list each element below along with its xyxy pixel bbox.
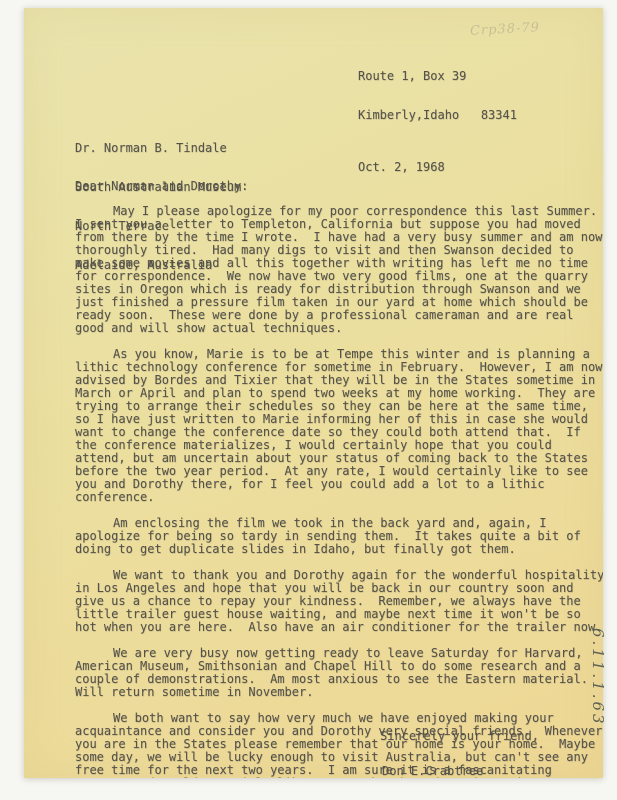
pencil-annotation: Crp38-79: [470, 20, 541, 39]
letter-body: May I please apologize for my poor corre…: [75, 205, 603, 778]
signature: Don E.Crabtree: [382, 765, 483, 778]
paragraph: Am enclosing the film we took in the bac…: [75, 517, 603, 556]
letter-paper: Crp38-79 Route 1, Box 39 Kimberly,Idaho …: [24, 8, 603, 778]
handwritten-margin-note: 6.11.1.63: [589, 628, 607, 727]
paragraph: May I please apologize for my poor corre…: [75, 205, 603, 335]
letter-date: Oct. 2, 1968: [358, 161, 517, 174]
closing: Sincerely your friend,: [380, 730, 539, 743]
return-address-line: Kimberly,Idaho 83341: [358, 109, 517, 122]
return-address-block: Route 1, Box 39 Kimberly,Idaho 83341 Oct…: [358, 44, 517, 200]
paragraph: We both want to say how very much we hav…: [75, 712, 603, 778]
recipient-line: Dr. Norman B. Tindale: [75, 142, 241, 155]
paragraph: We are very busy now getting ready to le…: [75, 647, 603, 699]
return-address-line: Route 1, Box 39: [358, 70, 517, 83]
paragraph: We want to thank you and Dorothy again f…: [75, 569, 603, 634]
salutation: Dear Norman and Dorothy:: [75, 180, 248, 193]
paragraph: As you know, Marie is to be at Tempe thi…: [75, 348, 603, 504]
